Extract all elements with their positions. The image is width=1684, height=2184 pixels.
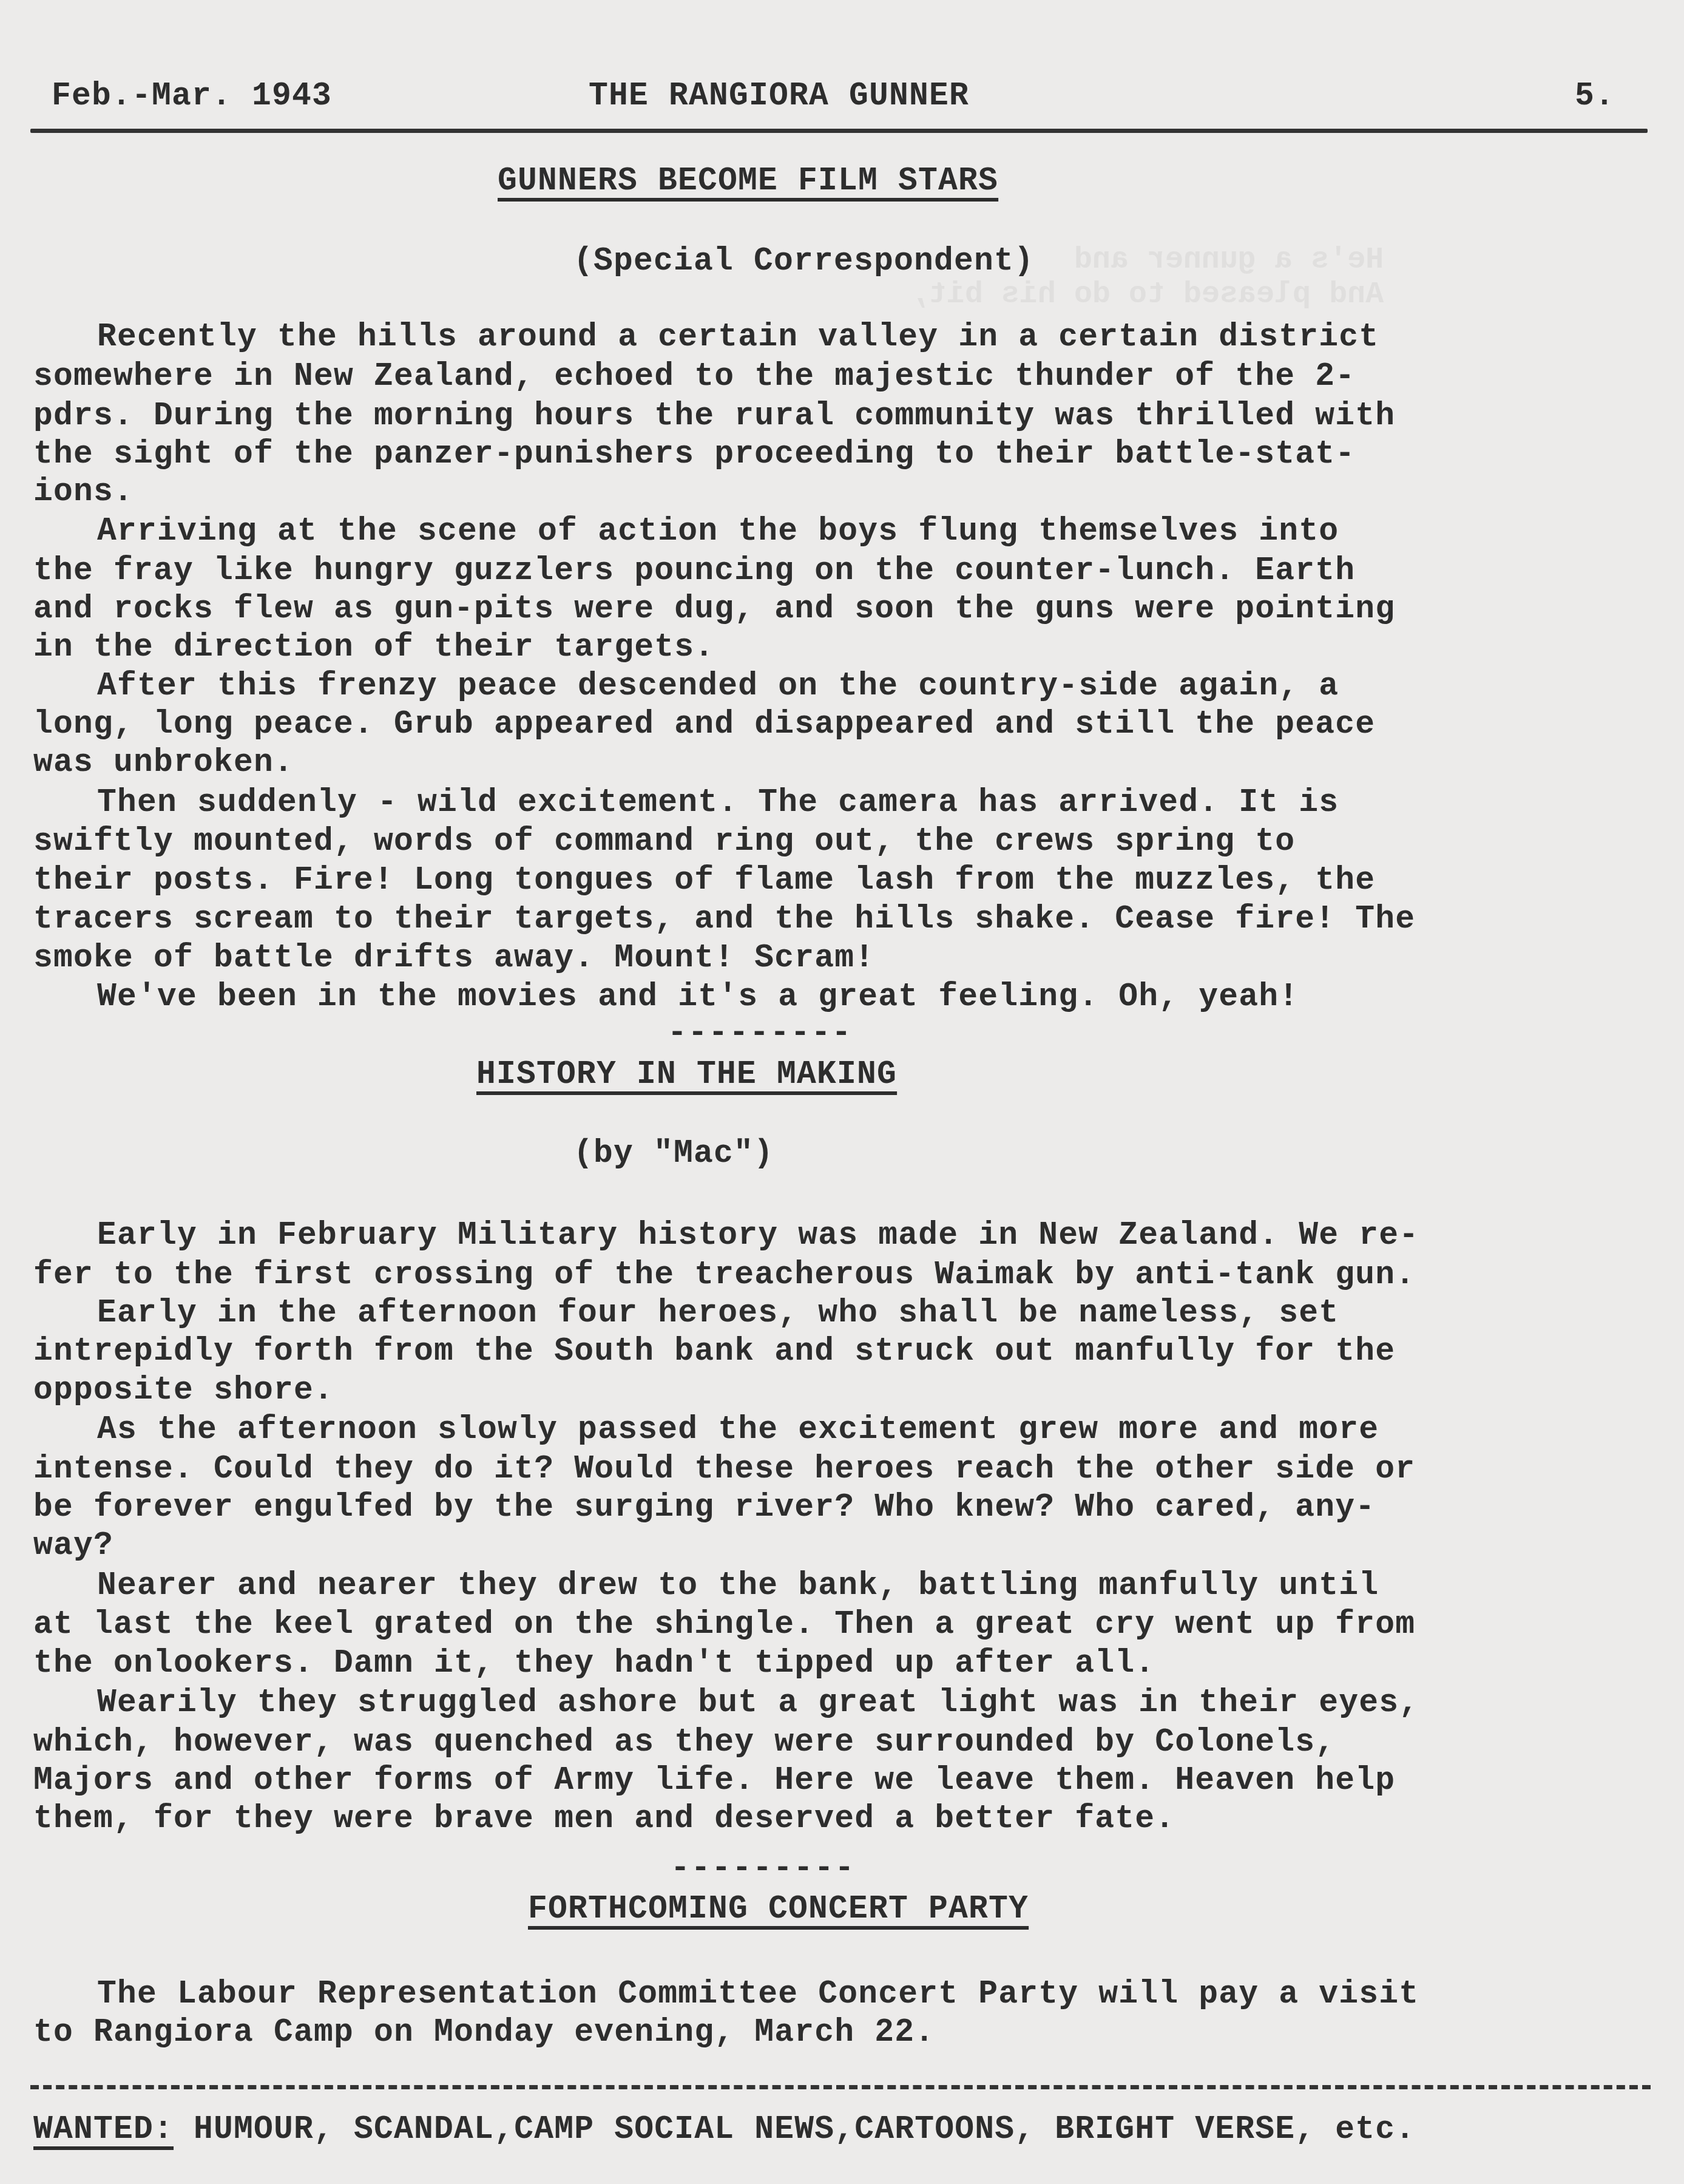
article-line: Early in February Military history was m… xyxy=(97,1217,1419,1253)
article-byline: (Special Correspondent) xyxy=(573,243,1034,279)
article-line: and rocks flew as gun-pits were dug, and… xyxy=(33,591,1395,627)
article-line: the onlookers. Damn it, they hadn't tipp… xyxy=(33,1645,1155,1681)
article-line: ions. xyxy=(33,473,134,510)
article-line: intrepidly forth from the South bank and… xyxy=(33,1333,1395,1369)
article-line: pdrs. During the morning hours the rural… xyxy=(33,398,1395,434)
article-line: be forever engulfed by the surging river… xyxy=(33,1489,1375,1525)
article-line: way? xyxy=(33,1527,113,1564)
article-line: Wearily they struggled ashore but a grea… xyxy=(97,1684,1419,1721)
article-line: We've been in the movies and it's a grea… xyxy=(97,978,1299,1015)
article-line: As the afternoon slowly passed the excit… xyxy=(97,1411,1379,1448)
header-rule xyxy=(30,129,1648,133)
article-line: which, however, was quenched as they wer… xyxy=(33,1724,1335,1760)
article-line: them, for they were brave men and deserv… xyxy=(33,1800,1175,1837)
article-line: Recently the hills around a certain vall… xyxy=(97,319,1379,355)
article-line: to Rangiora Camp on Monday evening, Marc… xyxy=(33,2014,935,2050)
article-title-history-in-the-making: HISTORY IN THE MAKING xyxy=(476,1056,897,1093)
article-line: long, long peace. Grub appeared and disa… xyxy=(33,706,1375,742)
article-line: fer to the first crossing of the treache… xyxy=(33,1256,1415,1293)
publication-title: THE RANGIORA GUNNER xyxy=(589,78,969,114)
article-line: intense. Could they do it? Would these h… xyxy=(33,1451,1415,1487)
article-line: Majors and other forms of Army life. Her… xyxy=(33,1762,1395,1799)
wanted-notice: WANTED: HUMOUR, SCANDAL,CAMP SOCIAL NEWS… xyxy=(33,2111,1415,2148)
section-separator: --------- xyxy=(671,1850,855,1887)
article-line: at last the keel grated on the shingle. … xyxy=(33,1606,1415,1643)
article-line: swiftly mounted, words of command ring o… xyxy=(33,823,1295,860)
article-line: Nearer and nearer they drew to the bank,… xyxy=(97,1567,1379,1604)
article-line: Then suddenly - wild excitement. The cam… xyxy=(97,784,1339,821)
article-line: Early in the afternoon four heroes, who … xyxy=(97,1295,1339,1331)
wanted-text: HUMOUR, SCANDAL,CAMP SOCIAL NEWS,CARTOON… xyxy=(174,2111,1415,2148)
article-title-forthcoming-concert-party: FORTHCOMING CONCERT PARTY xyxy=(528,1891,1029,1927)
article-line: The Labour Representation Committee Conc… xyxy=(97,1976,1419,2012)
article-line: the sight of the panzer-punishers procee… xyxy=(33,436,1355,472)
article-title-gunners-film-stars: GUNNERS BECOME FILM STARS xyxy=(498,163,998,199)
article-line: somewhere in New Zealand, echoed to the … xyxy=(33,358,1355,395)
page-number: 5. xyxy=(1575,78,1615,114)
running-header: Feb.-Mar. 1943 THE RANGIORA GUNNER 5. xyxy=(33,78,1648,120)
article-byline: (by "Mac") xyxy=(573,1135,774,1172)
article-line: the fray like hungry guzzlers pouncing o… xyxy=(33,552,1355,589)
article-line: smoke of battle drifts away. Mount! Scra… xyxy=(33,940,874,976)
article-line: Arriving at the scene of action the boys… xyxy=(97,513,1339,549)
article-line: was unbroken. xyxy=(33,744,294,781)
newsletter-page: He's a gunner and And pleased to do his … xyxy=(0,0,1684,2184)
article-line: opposite shore. xyxy=(33,1372,334,1408)
footer-separator xyxy=(30,2085,1651,2089)
wanted-label: WANTED: xyxy=(33,2111,174,2148)
section-separator: --------- xyxy=(668,1015,852,1051)
article-line: After this frenzy peace descended on the… xyxy=(97,668,1339,704)
article-line: their posts. Fire! Long tongues of flame… xyxy=(33,862,1375,898)
article-line: tracers scream to their targets, and the… xyxy=(33,901,1415,937)
article-line: in the direction of their targets. xyxy=(33,629,714,665)
issue-date: Feb.-Mar. 1943 xyxy=(52,78,332,114)
